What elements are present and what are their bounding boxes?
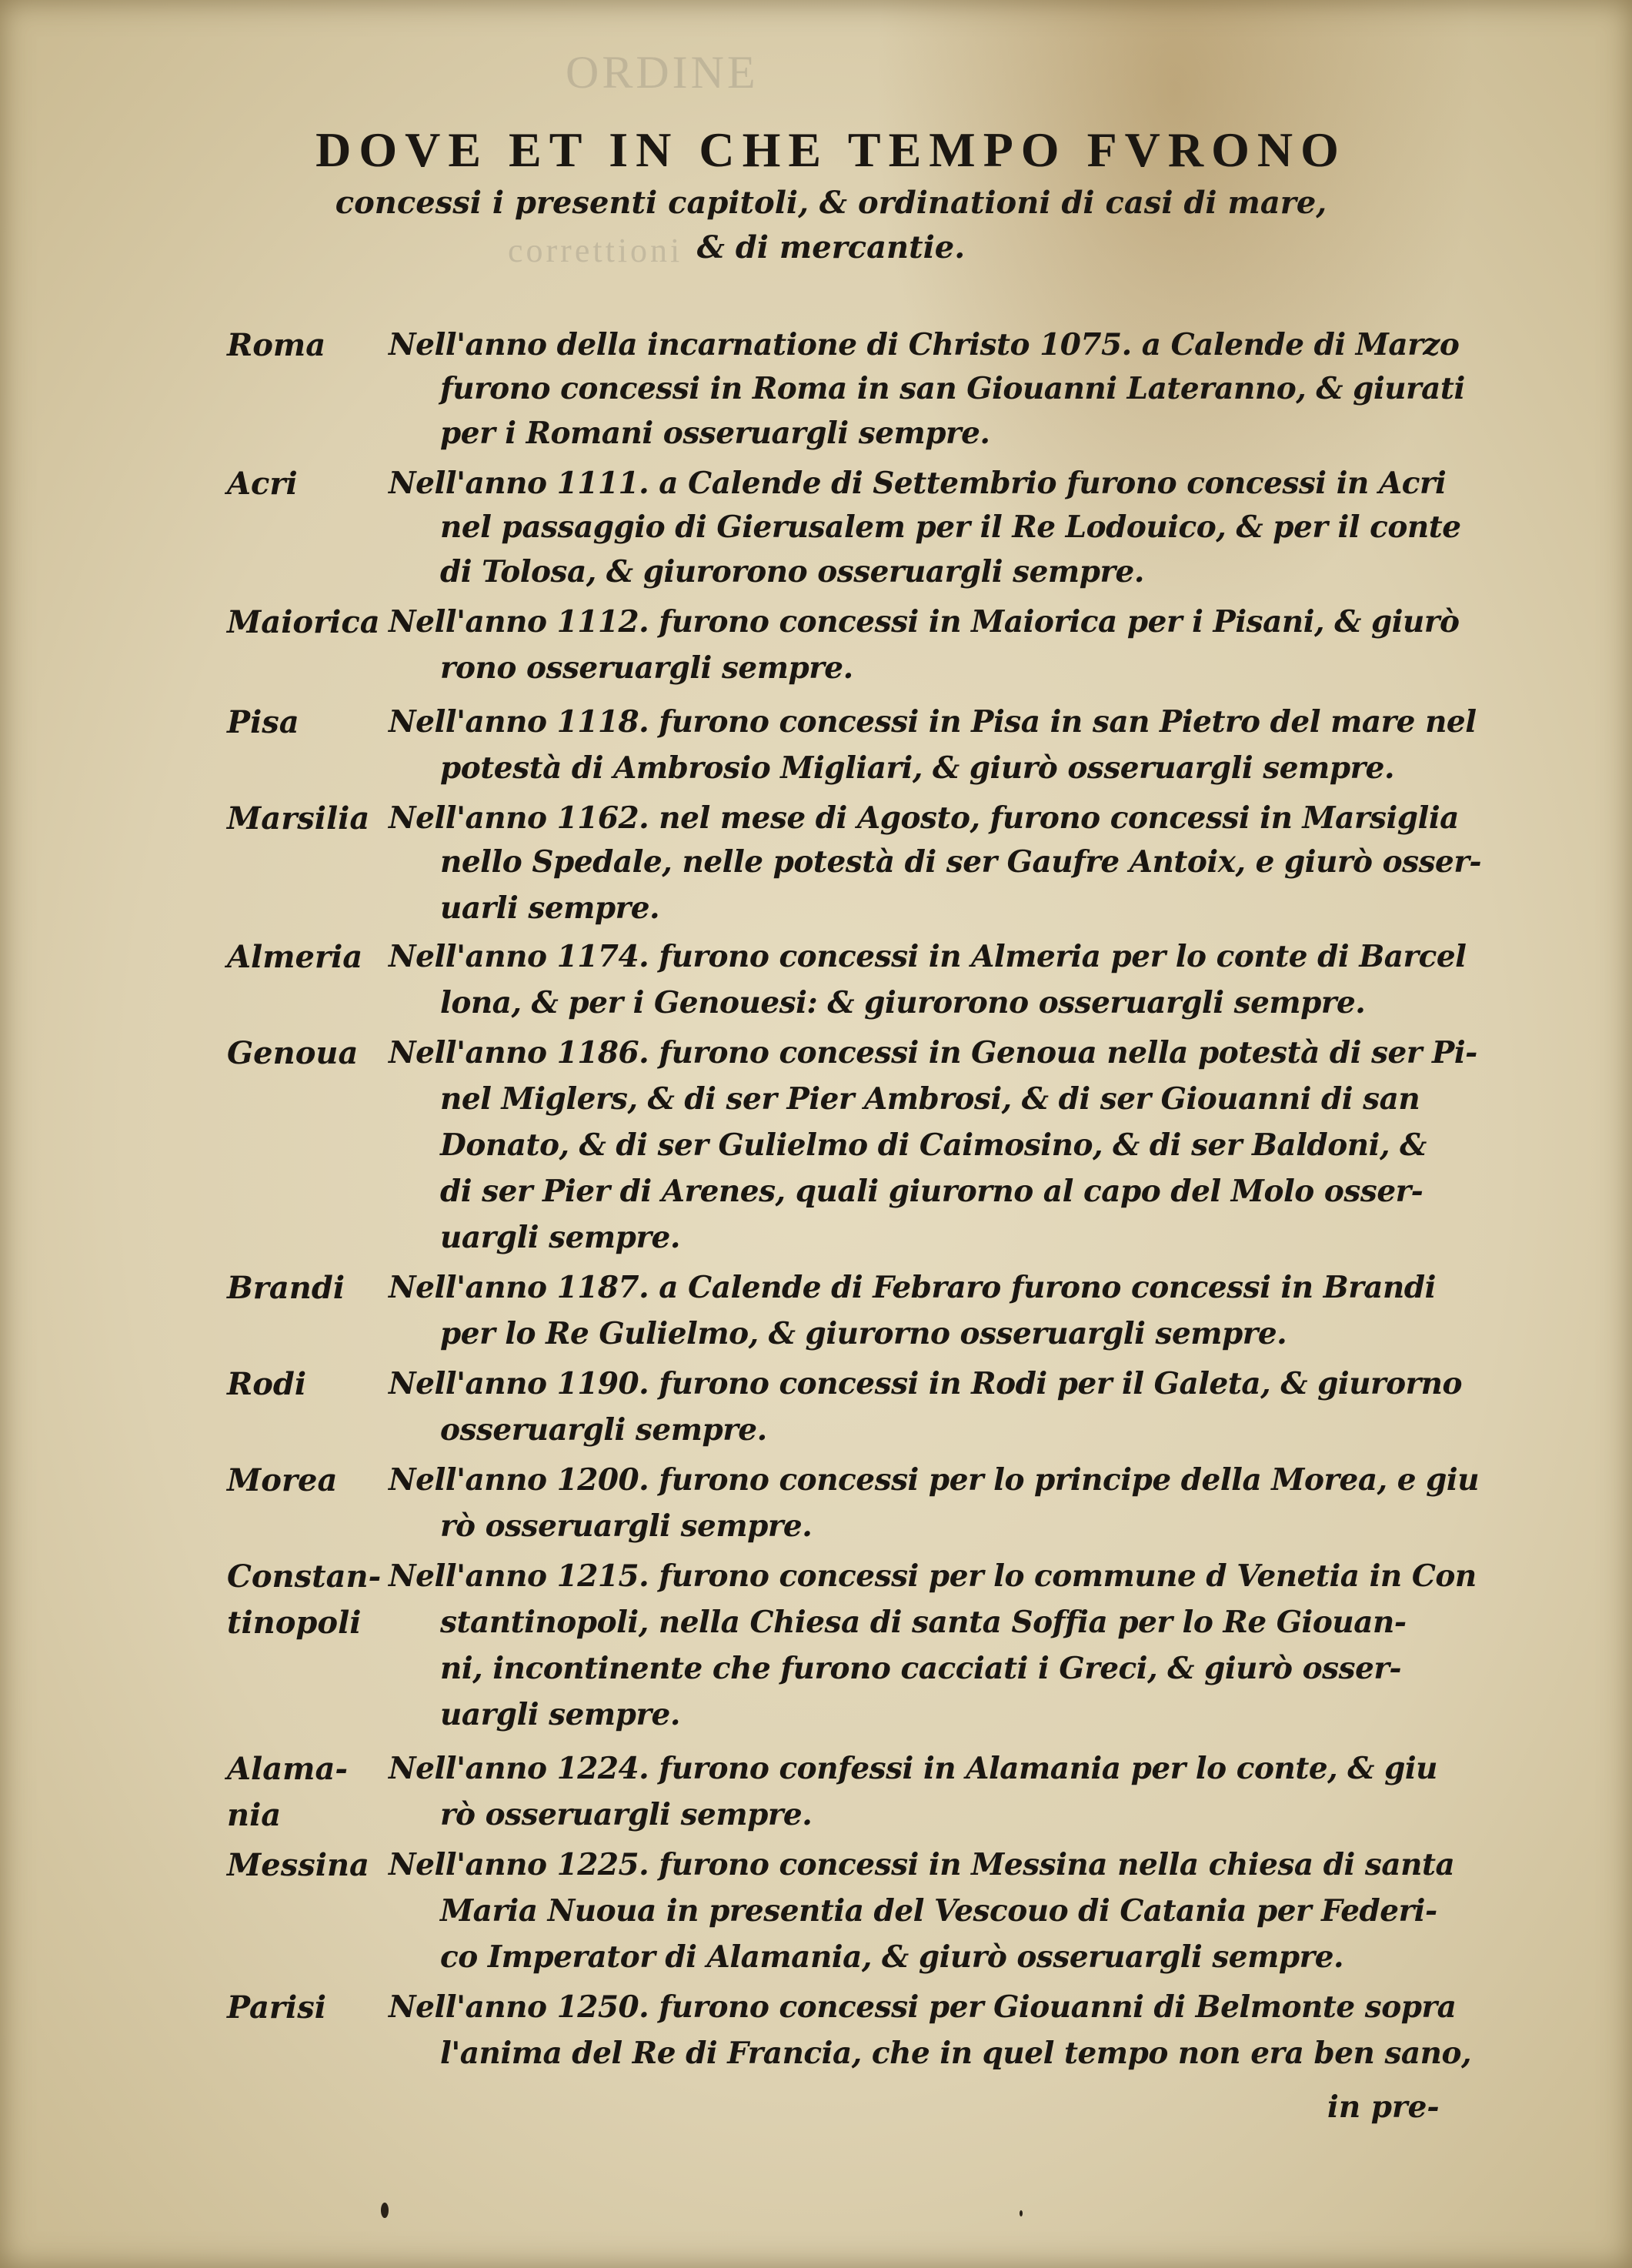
entry-line: nello Spedale, nelle potestà di ser Gauf… [440, 844, 1481, 880]
entry-line: Nell'anno 1200. furono concessi per lo p… [389, 1462, 1479, 1498]
entry-line: rò osseruargli sempre. [440, 1508, 812, 1544]
margin-label-messina: Messina [227, 1847, 369, 1883]
entry-line: uarli sempre. [440, 890, 659, 926]
entry-line: di Tolosa, & giurorono osseruargli sempr… [440, 554, 1144, 590]
margin-label-parisi: Parisi [227, 1989, 326, 2026]
margin-label-constantinopoli: Constan- [227, 1558, 381, 1595]
bleed-through-text: ORDINE [566, 46, 759, 99]
entry-line: rono osseruargli sempre. [440, 650, 853, 686]
entry-line: rò osseruargli sempre. [440, 1797, 812, 1832]
margin-label-pisa: Pisa [227, 704, 299, 740]
margin-label-roma: Roma [227, 327, 325, 363]
margin-label-alamania-2: nia [227, 1797, 281, 1833]
margin-label-marsilia: Marsilia [227, 800, 369, 837]
subtitle-line-2: & di mercantie. [192, 229, 1470, 266]
entry-line: ni, incontinente che furono cacciati i G… [440, 1651, 1401, 1686]
entry-line: Nell'anno 1111. a Calende di Settembrio … [389, 466, 1446, 501]
entry-line: Nell'anno 1187. a Calende di Febraro fur… [389, 1270, 1436, 1305]
entry-line: di ser Pier di Arenes, quali giurorno al… [440, 1174, 1423, 1209]
entry-line: stantinopoli, nella Chiesa di santa Soff… [440, 1605, 1407, 1640]
entry-line: potestà di Ambrosio Migliari, & giurò os… [440, 750, 1394, 786]
ink-speck [381, 2203, 389, 2218]
entry-line: lona, & per i Genouesi: & giurorono osse… [440, 985, 1365, 1020]
ink-speck [1020, 2210, 1023, 2216]
entry-line: Maria Nuoua in presentia del Vescouo di … [440, 1893, 1437, 1929]
entry-line: co Imperator di Alamania, & giurò osseru… [440, 1939, 1343, 1975]
entry-line: Nell'anno 1162. nel mese di Agosto, furo… [389, 800, 1459, 836]
entry-line: l'anima del Re di Francia, che in quel t… [440, 2036, 1471, 2071]
book-page: ORDINE correttioni DOVE ET IN CHE TEMPO … [0, 0, 1632, 2268]
entry-line: Nell'anno 1215. furono concessi per lo c… [389, 1558, 1477, 1594]
margin-label-constantinopoli-2: tinopoli [227, 1605, 361, 1641]
entry-line: Nell'anno 1250. furono concessi per Giou… [389, 1989, 1456, 2025]
entry-line: per i Romani osseruargli sempre. [440, 416, 990, 451]
catchword: in pre- [1327, 2089, 1440, 2125]
entry-line: Nell'anno della incarnatione di Christo … [389, 327, 1459, 362]
margin-label-rodi: Rodi [227, 1366, 306, 1402]
margin-label-alamania: Alama- [227, 1751, 348, 1787]
margin-label-maiorica: Maiorica [227, 604, 380, 640]
entry-line: Nell'anno 1190. furono concessi in Rodi … [389, 1366, 1462, 1401]
subtitle-line-1: concessi i presenti capitoli, & ordinati… [192, 185, 1470, 221]
entry-line: uargli sempre. [440, 1697, 680, 1732]
entry-line: Nell'anno 1118. furono concessi in Pisa … [389, 704, 1477, 740]
entry-line: nel Miglers, & di ser Pier Ambrosi, & di… [440, 1081, 1420, 1117]
entry-line: Nell'anno 1174. furono concessi in Almer… [389, 939, 1466, 974]
margin-label-almeria: Almeria [227, 939, 362, 975]
margin-label-acri: Acri [227, 466, 298, 502]
entry-line: furono concessi in Roma in san Giouanni … [440, 371, 1465, 406]
entry-line: Nell'anno 1224. furono confessi in Alama… [389, 1751, 1437, 1786]
page-title: DOVE ET IN CHE TEMPO FVRONO [192, 122, 1470, 179]
entry-line: uargli sempre. [440, 1220, 680, 1255]
margin-label-brandi: Brandi [227, 1270, 345, 1306]
entry-line: Nell'anno 1186. furono concessi in Genou… [389, 1035, 1477, 1071]
entry-line: osseruargli sempre. [440, 1412, 767, 1448]
entry-line: Nell'anno 1112. furono concessi in Maior… [389, 604, 1459, 640]
entry-line: nel passaggio di Gierusalem per il Re Lo… [440, 509, 1461, 545]
margin-label-morea: Morea [227, 1462, 337, 1498]
margin-label-genoua: Genoua [227, 1035, 358, 1071]
entry-line: per lo Re Gulielmo, & giurorno osseruarg… [440, 1316, 1287, 1351]
entry-line: Nell'anno 1225. furono concessi in Messi… [389, 1847, 1454, 1882]
entry-line: Donato, & di ser Gulielmo di Caimosino, … [440, 1127, 1427, 1163]
